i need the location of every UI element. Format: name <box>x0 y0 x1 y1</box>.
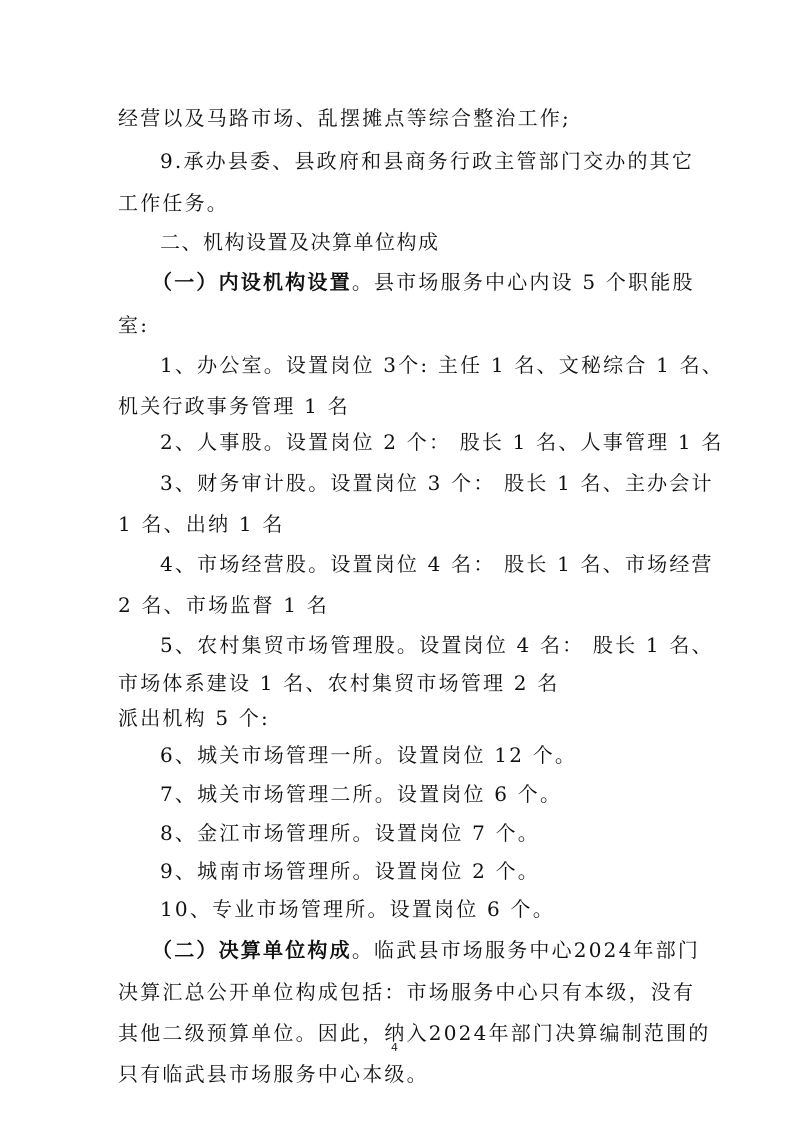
subsection-title: （一）内设机构设置 <box>152 270 352 294</box>
paragraph-text: 。临武县市场服务中心2024年部门 <box>352 938 700 962</box>
list-item-6: 6、城关市场管理一所。设置岗位 12 个。 <box>160 743 577 767</box>
list-item-9b: 9、城南市场管理所。设置岗位 2 个。 <box>160 859 540 883</box>
paragraph-text: 。县市场服务中心内设 5 个职能股 <box>352 270 695 294</box>
section-heading: 二、机构设置及决算单位构成 <box>160 230 440 254</box>
document-page: 经营以及马路市场、乱摆摊点等综合整治工作; 9.承办县委、县政府和县商务行政主管… <box>0 0 793 1122</box>
paragraph-line: 工作任务。 <box>118 191 229 215</box>
paragraph-line: 2 名、市场监督 1 名 <box>118 593 329 617</box>
list-item-1: 1、办公室。设置岗位 3个: 主任 1 名、文秘综合 1 名、 <box>160 353 724 377</box>
paragraph-line: 市场体系建设 1 名、农村集贸市场管理 2 名 <box>118 671 559 695</box>
paragraph-line: 派出机构 5 个: <box>118 706 270 730</box>
list-item-8: 8、金江市场管理所。设置岗位 7 个。 <box>160 821 540 845</box>
paragraph-line: 机关行政事务管理 1 名 <box>118 394 350 418</box>
paragraph-line: 其他二级预算单位。因此，纳入2024年部门决算编制范围的 <box>118 1021 711 1045</box>
list-item-4: 4、市场经营股。设置岗位 4 名： 股长 1 名、市场经营 <box>160 552 714 576</box>
paragraph-line: 1 名、出纳 1 名 <box>118 512 285 536</box>
paragraph-line: 只有临武县市场服务中心本级。 <box>118 1062 429 1086</box>
paragraph-line: 决算汇总公开单位构成包括：市场服务中心只有本级，没有 <box>118 980 695 1004</box>
list-item-3: 3、财务审计股。设置岗位 3 个： 股长 1 名、主办会计 <box>160 471 714 495</box>
subsection-title: （二）决算单位构成 <box>152 938 352 962</box>
paragraph-line: 经营以及马路市场、乱摆摊点等综合整治工作; <box>118 106 571 130</box>
page-number: 4 <box>391 1041 398 1054</box>
subsection-paragraph: （一）内设机构设置。县市场服务中心内设 5 个职能股 <box>152 270 695 294</box>
list-item-7: 7、城关市场管理二所。设置岗位 6 个。 <box>160 782 562 806</box>
list-item-9: 9.承办县委、县政府和县商务行政主管部门交办的其它 <box>160 149 694 173</box>
list-item-5: 5、农村集贸市场管理股。设置岗位 4 名： 股长 1 名、 <box>160 633 714 657</box>
subsection-paragraph: （二）决算单位构成。临武县市场服务中心2024年部门 <box>152 938 700 962</box>
list-item-10: 10、专业市场管理所。设置岗位 6 个。 <box>160 897 555 921</box>
list-item-2: 2、人事股。设置岗位 2 个： 股长 1 名、人事管理 1 名 <box>160 430 724 454</box>
paragraph-line: 室: <box>118 313 149 337</box>
